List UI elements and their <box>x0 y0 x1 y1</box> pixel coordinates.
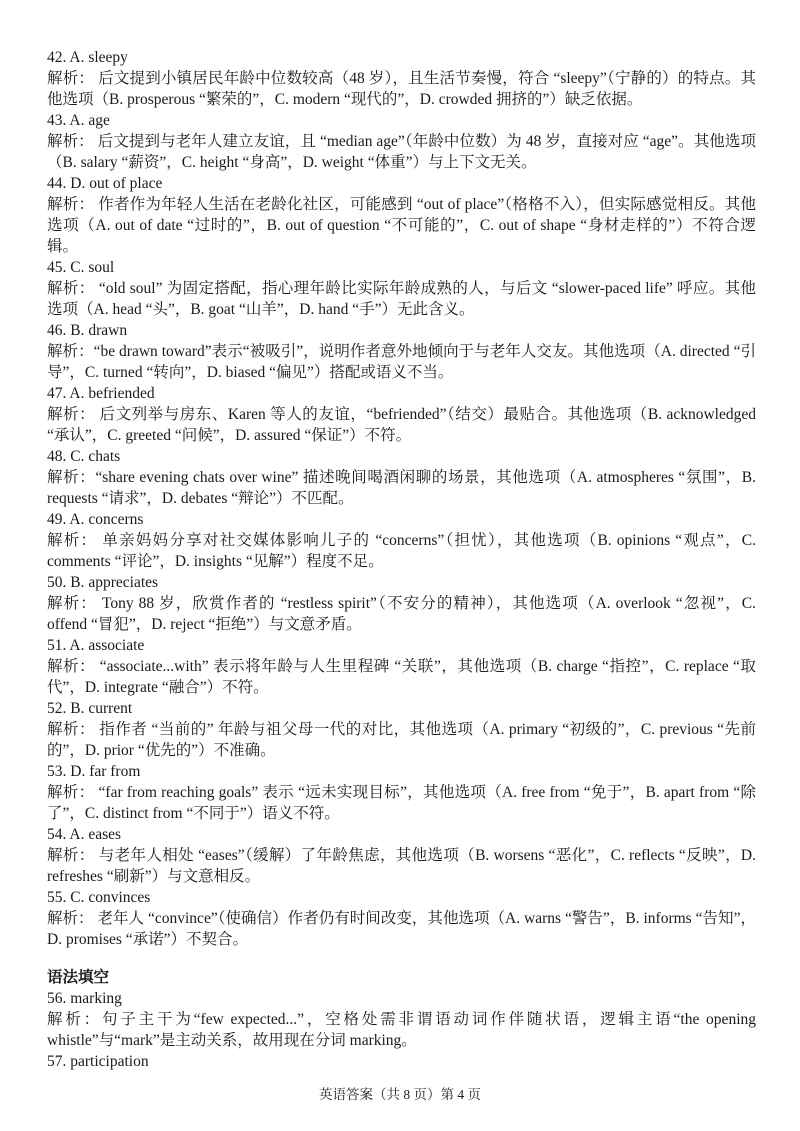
explanation-text: 解析： 后文提到与老年人建立友谊，且 “median age”（年龄中位数）为 … <box>47 131 756 173</box>
answer-line: 57. participation <box>47 1051 756 1072</box>
answer-line: 54. A. eases <box>47 824 756 845</box>
answer-item: 55. C. convinces解析： 老年人 “convince”（使确信）作… <box>47 887 756 950</box>
explanation-text: 解析： 后文列举与房东、Karen 等人的友谊，“befriended”（结交）… <box>47 404 756 446</box>
answer-item: 47. A. befriended解析： 后文列举与房东、Karen 等人的友谊… <box>47 383 756 446</box>
explanation-text: 解析： “far from reaching goals” 表示 “远未实现目标… <box>47 782 756 824</box>
explanation-text: 解析： “old soul” 为固定搭配，指心理年龄比实际年龄成熟的人，与后文 … <box>47 278 756 320</box>
explanation-text: 解析： 后文提到小镇居民年龄中位数较高（48 岁），且生活节奏慢，符合 “sle… <box>47 68 756 110</box>
answer-item: 51. A. associate解析： “associate...with” 表… <box>47 635 756 698</box>
answer-line: 53. D. far from <box>47 761 756 782</box>
explanation-text: 解析：句子主干为“few expected...”，空格处需非谓语动词作伴随状语… <box>47 1009 756 1051</box>
answer-item: 57. participation <box>47 1051 756 1072</box>
answer-item: 54. A. eases解析： 与老年人相处 “eases”（缓解）了年龄焦虑，… <box>47 824 756 887</box>
answer-line: 51. A. associate <box>47 635 756 656</box>
answer-line: 47. A. befriended <box>47 383 756 404</box>
answer-line: 42. A. sleepy <box>47 47 756 68</box>
answer-item: 50. B. appreciates解析： Tony 88 岁，欣赏作者的 “r… <box>47 572 756 635</box>
answer-item: 42. A. sleepy解析： 后文提到小镇居民年龄中位数较高（48 岁），且… <box>47 47 756 110</box>
answer-line: 52. B. current <box>47 698 756 719</box>
answer-item: 49. A. concerns解析： 单亲妈妈分享对社交媒体影响儿子的 “con… <box>47 509 756 572</box>
answer-item: 56. marking解析：句子主干为“few expected...”，空格处… <box>47 988 756 1051</box>
answer-item: 52. B. current解析： 指作者 “当前的” 年龄与祖父母一代的对比，… <box>47 698 756 761</box>
answer-item: 46. B. drawn解析：“be drawn toward”表示“被吸引”，… <box>47 320 756 383</box>
answer-line: 43. A. age <box>47 110 756 131</box>
cloze-answer-list: 42. A. sleepy解析： 后文提到小镇居民年龄中位数较高（48 岁），且… <box>47 47 756 950</box>
answer-line: 45. C. soul <box>47 257 756 278</box>
answer-sheet-page: 42. A. sleepy解析： 后文提到小镇居民年龄中位数较高（48 岁），且… <box>0 0 800 1072</box>
explanation-text: 解析： Tony 88 岁，欣赏作者的 “restless spirit”（不安… <box>47 593 756 635</box>
answer-item: 45. C. soul解析： “old soul” 为固定搭配，指心理年龄比实际… <box>47 257 756 320</box>
answer-line: 50. B. appreciates <box>47 572 756 593</box>
answer-line: 55. C. convinces <box>47 887 756 908</box>
answer-item: 44. D. out of place解析： 作者作为年轻人生活在老龄化社区，可… <box>47 173 756 257</box>
explanation-text: 解析： 作者作为年轻人生活在老龄化社区，可能感到 “out of place”（… <box>47 194 756 257</box>
answer-line: 48. C. chats <box>47 446 756 467</box>
answer-item: 43. A. age解析： 后文提到与老年人建立友谊，且 “median age… <box>47 110 756 173</box>
grammar-answer-list: 56. marking解析：句子主干为“few expected...”，空格处… <box>47 988 756 1072</box>
section-heading-grammar: 语法填空 <box>47 967 756 988</box>
page-footer: 英语答案（共 8 页）第 4 页 <box>0 1085 800 1104</box>
answer-line: 56. marking <box>47 988 756 1009</box>
explanation-text: 解析： 与老年人相处 “eases”（缓解）了年龄焦虑，其他选项（B. wors… <box>47 845 756 887</box>
answer-item: 48. C. chats解析：“share evening chats over… <box>47 446 756 509</box>
answer-item: 53. D. far from解析： “far from reaching go… <box>47 761 756 824</box>
explanation-text: 解析： 指作者 “当前的” 年龄与祖父母一代的对比，其他选项（A. primar… <box>47 719 756 761</box>
explanation-text: 解析： “associate...with” 表示将年龄与人生里程碑 “关联”，… <box>47 656 756 698</box>
answer-line: 46. B. drawn <box>47 320 756 341</box>
explanation-text: 解析： 单亲妈妈分享对社交媒体影响儿子的 “concerns”（担忧），其他选项… <box>47 530 756 572</box>
explanation-text: 解析：“be drawn toward”表示“被吸引”，说明作者意外地倾向于与老… <box>47 341 756 383</box>
explanation-text: 解析：“share evening chats over wine” 描述晚间喝… <box>47 467 756 509</box>
answer-line: 44. D. out of place <box>47 173 756 194</box>
explanation-text: 解析： 老年人 “convince”（使确信）作者仍有时间改变，其他选项（A. … <box>47 908 756 950</box>
answer-line: 49. A. concerns <box>47 509 756 530</box>
